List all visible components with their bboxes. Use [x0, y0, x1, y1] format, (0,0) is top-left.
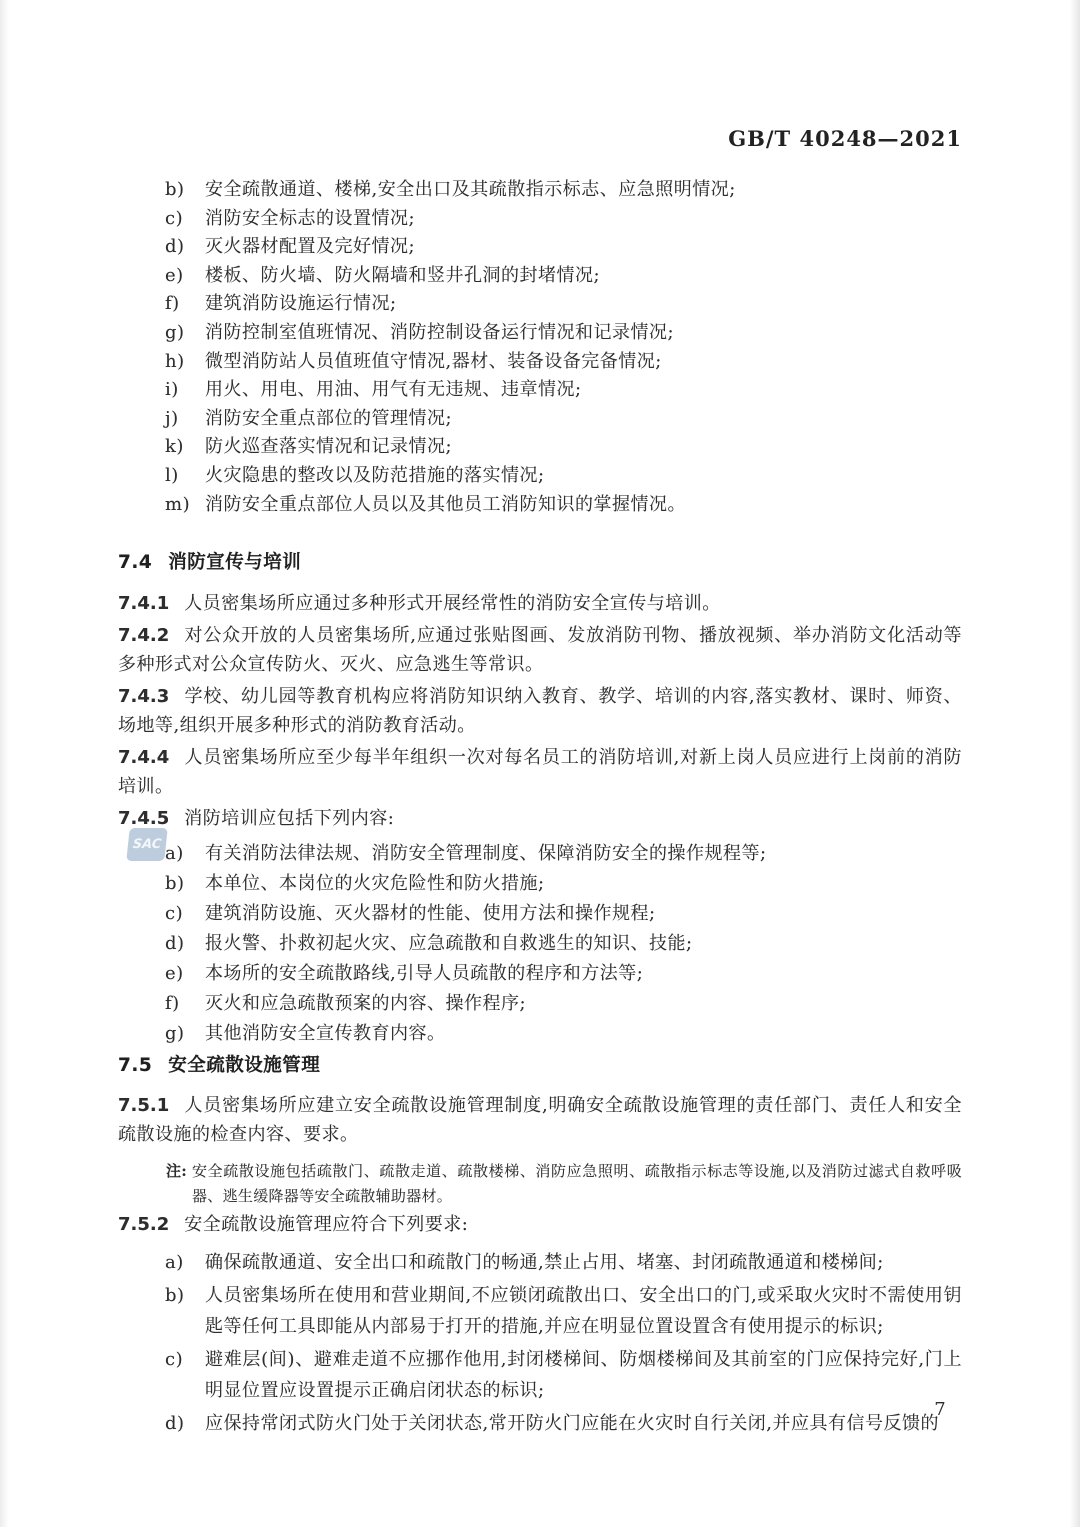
list-item: f)建筑消防设施运行情况;	[118, 290, 962, 319]
section-number: 7.5	[118, 1055, 152, 1076]
list-item: d)应保持常闭式防火门处于关闭状态,常开防火门应能在火灾时自行关闭,并应具有信号…	[118, 1408, 962, 1439]
list-item: j)消防安全重点部位的管理情况;	[118, 405, 962, 434]
list-item-letter: a)	[165, 1247, 205, 1278]
clause-number: 7.4.5	[118, 808, 169, 829]
list-item-letter: f)	[165, 290, 205, 319]
inspection-items-list: b)安全疏散通道、楼梯,安全出口及其疏散指示标志、应急照明情况; c)消防安全标…	[118, 176, 962, 519]
list-item-text: 消防安全重点部位的管理情况;	[205, 405, 962, 434]
note-block: 注: 安全疏散设施包括疏散门、疏散走道、疏散楼梯、消防应急照明、疏散指示标志等设…	[118, 1159, 962, 1208]
list-item-text: 灭火和应急疏散预案的内容、操作程序;	[205, 989, 962, 1018]
clause-paragraph: 7.5.2安全疏散设施管理应符合下列要求:	[118, 1210, 962, 1239]
list-item: m)消防安全重点部位人员以及其他员工消防知识的掌握情况。	[118, 491, 962, 520]
clause-number: 7.4.3	[118, 686, 169, 707]
list-item: e)楼板、防火墙、防火隔墙和竖井孔洞的封堵情况;	[118, 262, 962, 291]
section-title: 安全疏散设施管理	[168, 1055, 320, 1076]
list-item-letter: g)	[165, 319, 205, 348]
list-item: f)灭火和应急疏散预案的内容、操作程序;	[118, 989, 962, 1018]
list-item-text: 本单位、本岗位的火灾危险性和防火措施;	[205, 869, 962, 898]
standard-number-header: GB/T 40248—2021	[728, 126, 962, 151]
list-item: k)防火巡查落实情况和记录情况;	[118, 433, 962, 462]
list-item-letter: e)	[165, 959, 205, 988]
list-item-text: 应保持常闭式防火门处于关闭状态,常开防火门应能在火灾时自行关闭,并应具有信号反馈…	[205, 1408, 962, 1439]
list-item-text: 灭火器材配置及完好情况;	[205, 233, 962, 262]
list-item-text: 消防控制室值班情况、消防控制设备运行情况和记录情况;	[205, 319, 962, 348]
clause-text: 学校、幼儿园等教育机构应将消防知识纳入教育、教学、培训的内容,落实教材、课时、师…	[118, 686, 962, 736]
list-item-text: 其他消防安全宣传教育内容。	[205, 1019, 962, 1048]
list-item-letter: h)	[165, 348, 205, 377]
list-item-text: 确保疏散通道、安全出口和疏散门的畅通,禁止占用、堵塞、封闭疏散通道和楼梯间;	[205, 1247, 962, 1278]
section-title: 消防宣传与培训	[168, 552, 301, 573]
list-item: b)本单位、本岗位的火灾危险性和防火措施;	[118, 869, 962, 898]
clause-paragraph: 7.5.1人员密集场所应建立安全疏散设施管理制度,明确安全疏散设施管理的责任部门…	[118, 1091, 962, 1149]
document-content: b)安全疏散通道、楼梯,安全出口及其疏散指示标志、应急照明情况; c)消防安全标…	[118, 176, 962, 1441]
list-item: d)报火警、扑救初起火灾、应急疏散和自救逃生的知识、技能;	[118, 929, 962, 958]
document-page: GB/T 40248—2021 b)安全疏散通道、楼梯,安全出口及其疏散指示标志…	[0, 0, 1080, 1527]
clause-text: 人员密集场所应通过多种形式开展经常性的消防安全宣传与培训。	[184, 593, 721, 614]
section-heading-7-4: 7.4消防宣传与培训	[118, 550, 962, 576]
list-item: i)用火、用电、用油、用气有无违规、违章情况;	[118, 376, 962, 405]
clause-text: 安全疏散设施管理应符合下列要求:	[184, 1214, 468, 1235]
clause-paragraph: 7.4.4人员密集场所应至少每半年组织一次对每名员工的消防培训,对新上岗人员应进…	[118, 743, 962, 801]
list-item-text: 微型消防站人员值班值守情况,器材、装备设备完备情况;	[205, 348, 962, 377]
clause-text: 消防培训应包括下列内容:	[184, 808, 394, 829]
list-item: b)安全疏散通道、楼梯,安全出口及其疏散指示标志、应急照明情况;	[118, 176, 962, 205]
list-item: c)建筑消防设施、灭火器材的性能、使用方法和操作规程;	[118, 899, 962, 928]
list-item-letter: k)	[165, 433, 205, 462]
list-item: e)本场所的安全疏散路线,引导人员疏散的程序和方法等;	[118, 959, 962, 988]
list-item-text: 本场所的安全疏散路线,引导人员疏散的程序和方法等;	[205, 959, 962, 988]
sac-watermark-label: SAC	[132, 837, 162, 852]
list-item-letter: d)	[165, 929, 205, 958]
evacuation-requirements-list: a)确保疏散通道、安全出口和疏散门的畅通,禁止占用、堵塞、封闭疏散通道和楼梯间;…	[118, 1247, 962, 1439]
list-item-letter: b)	[165, 1280, 205, 1342]
list-item-letter: c)	[165, 899, 205, 928]
clause-text: 人员密集场所应至少每半年组织一次对每名员工的消防培训,对新上岗人员应进行上岗前的…	[118, 747, 962, 797]
list-item-letter: j)	[165, 405, 205, 434]
list-item-text: 建筑消防设施运行情况;	[205, 290, 962, 319]
list-item-letter: f)	[165, 989, 205, 1018]
list-item-text: 人员密集场所在使用和营业期间,不应锁闭疏散出口、安全出口的门,或采取火灾时不需使…	[205, 1280, 962, 1342]
list-item: d)灭火器材配置及完好情况;	[118, 233, 962, 262]
list-item-text: 安全疏散通道、楼梯,安全出口及其疏散指示标志、应急照明情况;	[205, 176, 962, 205]
section-7-4-clauses: 7.4.1人员密集场所应通过多种形式开展经常性的消防安全宣传与培训。 7.4.2…	[118, 589, 962, 833]
training-content-list: a)有关消防法律法规、消防安全管理制度、保障消防安全的操作规程等; b)本单位、…	[118, 839, 962, 1048]
clause-paragraph: 7.4.2对公众开放的人员密集场所,应通过张贴图画、发放消防刊物、播放视频、举办…	[118, 621, 962, 679]
list-item-letter: c)	[165, 1344, 205, 1406]
sac-watermark-logo: SAC	[126, 828, 167, 861]
page-number: 7	[928, 1399, 952, 1420]
list-item: b)人员密集场所在使用和营业期间,不应锁闭疏散出口、安全出口的门,或采取火灾时不…	[118, 1280, 962, 1342]
list-item: c)避难层(间)、避难走道不应挪作他用,封闭楼梯间、防烟楼梯间及其前室的门应保持…	[118, 1344, 962, 1406]
list-item-text: 报火警、扑救初起火灾、应急疏散和自救逃生的知识、技能;	[205, 929, 962, 958]
list-item: c)消防安全标志的设置情况;	[118, 205, 962, 234]
note-text: 安全疏散设施包括疏散门、疏散走道、疏散楼梯、消防应急照明、疏散指示标志等设施,以…	[192, 1159, 962, 1208]
note-label: 注:	[166, 1159, 192, 1208]
list-item-letter: d)	[165, 1408, 205, 1439]
clause-paragraph: 7.4.5消防培训应包括下列内容:	[118, 804, 962, 833]
list-item-text: 有关消防法律法规、消防安全管理制度、保障消防安全的操作规程等;	[205, 839, 962, 868]
list-item-text: 消防安全重点部位人员以及其他员工消防知识的掌握情况。	[205, 491, 962, 520]
clause-number: 7.4.1	[118, 593, 169, 614]
list-item-text: 避难层(间)、避难走道不应挪作他用,封闭楼梯间、防烟楼梯间及其前室的门应保持完好…	[205, 1344, 962, 1406]
list-item-letter: l)	[165, 462, 205, 491]
clause-number: 7.5.2	[118, 1214, 169, 1235]
list-item-text: 火灾隐患的整改以及防范措施的落实情况;	[205, 462, 962, 491]
section-heading-7-5: 7.5安全疏散设施管理	[118, 1053, 962, 1079]
list-item-letter: b)	[165, 176, 205, 205]
section-number: 7.4	[118, 552, 152, 573]
list-item-text: 楼板、防火墙、防火隔墙和竖井孔洞的封堵情况;	[205, 262, 962, 291]
list-item: a)确保疏散通道、安全出口和疏散门的畅通,禁止占用、堵塞、封闭疏散通道和楼梯间;	[118, 1247, 962, 1278]
scan-artifact-right-edge	[1070, 0, 1080, 1527]
list-item-letter: e)	[165, 262, 205, 291]
clause-text: 对公众开放的人员密集场所,应通过张贴图画、发放消防刊物、播放视频、举办消防文化活…	[118, 625, 962, 675]
list-item: l)火灾隐患的整改以及防范措施的落实情况;	[118, 462, 962, 491]
list-item-letter: g)	[165, 1019, 205, 1048]
clause-text: 人员密集场所应建立安全疏散设施管理制度,明确安全疏散设施管理的责任部门、责任人和…	[118, 1095, 962, 1145]
clause-number: 7.5.1	[118, 1095, 169, 1116]
list-item: a)有关消防法律法规、消防安全管理制度、保障消防安全的操作规程等;	[118, 839, 962, 868]
list-item-text: 防火巡查落实情况和记录情况;	[205, 433, 962, 462]
scan-artifact-left-edge	[0, 0, 9, 1527]
list-item: g)消防控制室值班情况、消防控制设备运行情况和记录情况;	[118, 319, 962, 348]
list-item-letter: a)	[165, 839, 205, 868]
list-item-letter: d)	[165, 233, 205, 262]
clause-paragraph: 7.4.1人员密集场所应通过多种形式开展经常性的消防安全宣传与培训。	[118, 589, 962, 618]
list-item-letter: m)	[165, 491, 205, 520]
list-item-text: 消防安全标志的设置情况;	[205, 205, 962, 234]
list-item-text: 建筑消防设施、灭火器材的性能、使用方法和操作规程;	[205, 899, 962, 928]
list-item-letter: i)	[165, 376, 205, 405]
list-item-letter: c)	[165, 205, 205, 234]
list-item: g)其他消防安全宣传教育内容。	[118, 1019, 962, 1048]
list-item: h)微型消防站人员值班值守情况,器材、装备设备完备情况;	[118, 348, 962, 377]
clause-paragraph: 7.4.3学校、幼儿园等教育机构应将消防知识纳入教育、教学、培训的内容,落实教材…	[118, 682, 962, 740]
clause-number: 7.4.4	[118, 747, 169, 768]
clause-number: 7.4.2	[118, 625, 169, 646]
list-item-letter: b)	[165, 869, 205, 898]
list-item-text: 用火、用电、用油、用气有无违规、违章情况;	[205, 376, 962, 405]
